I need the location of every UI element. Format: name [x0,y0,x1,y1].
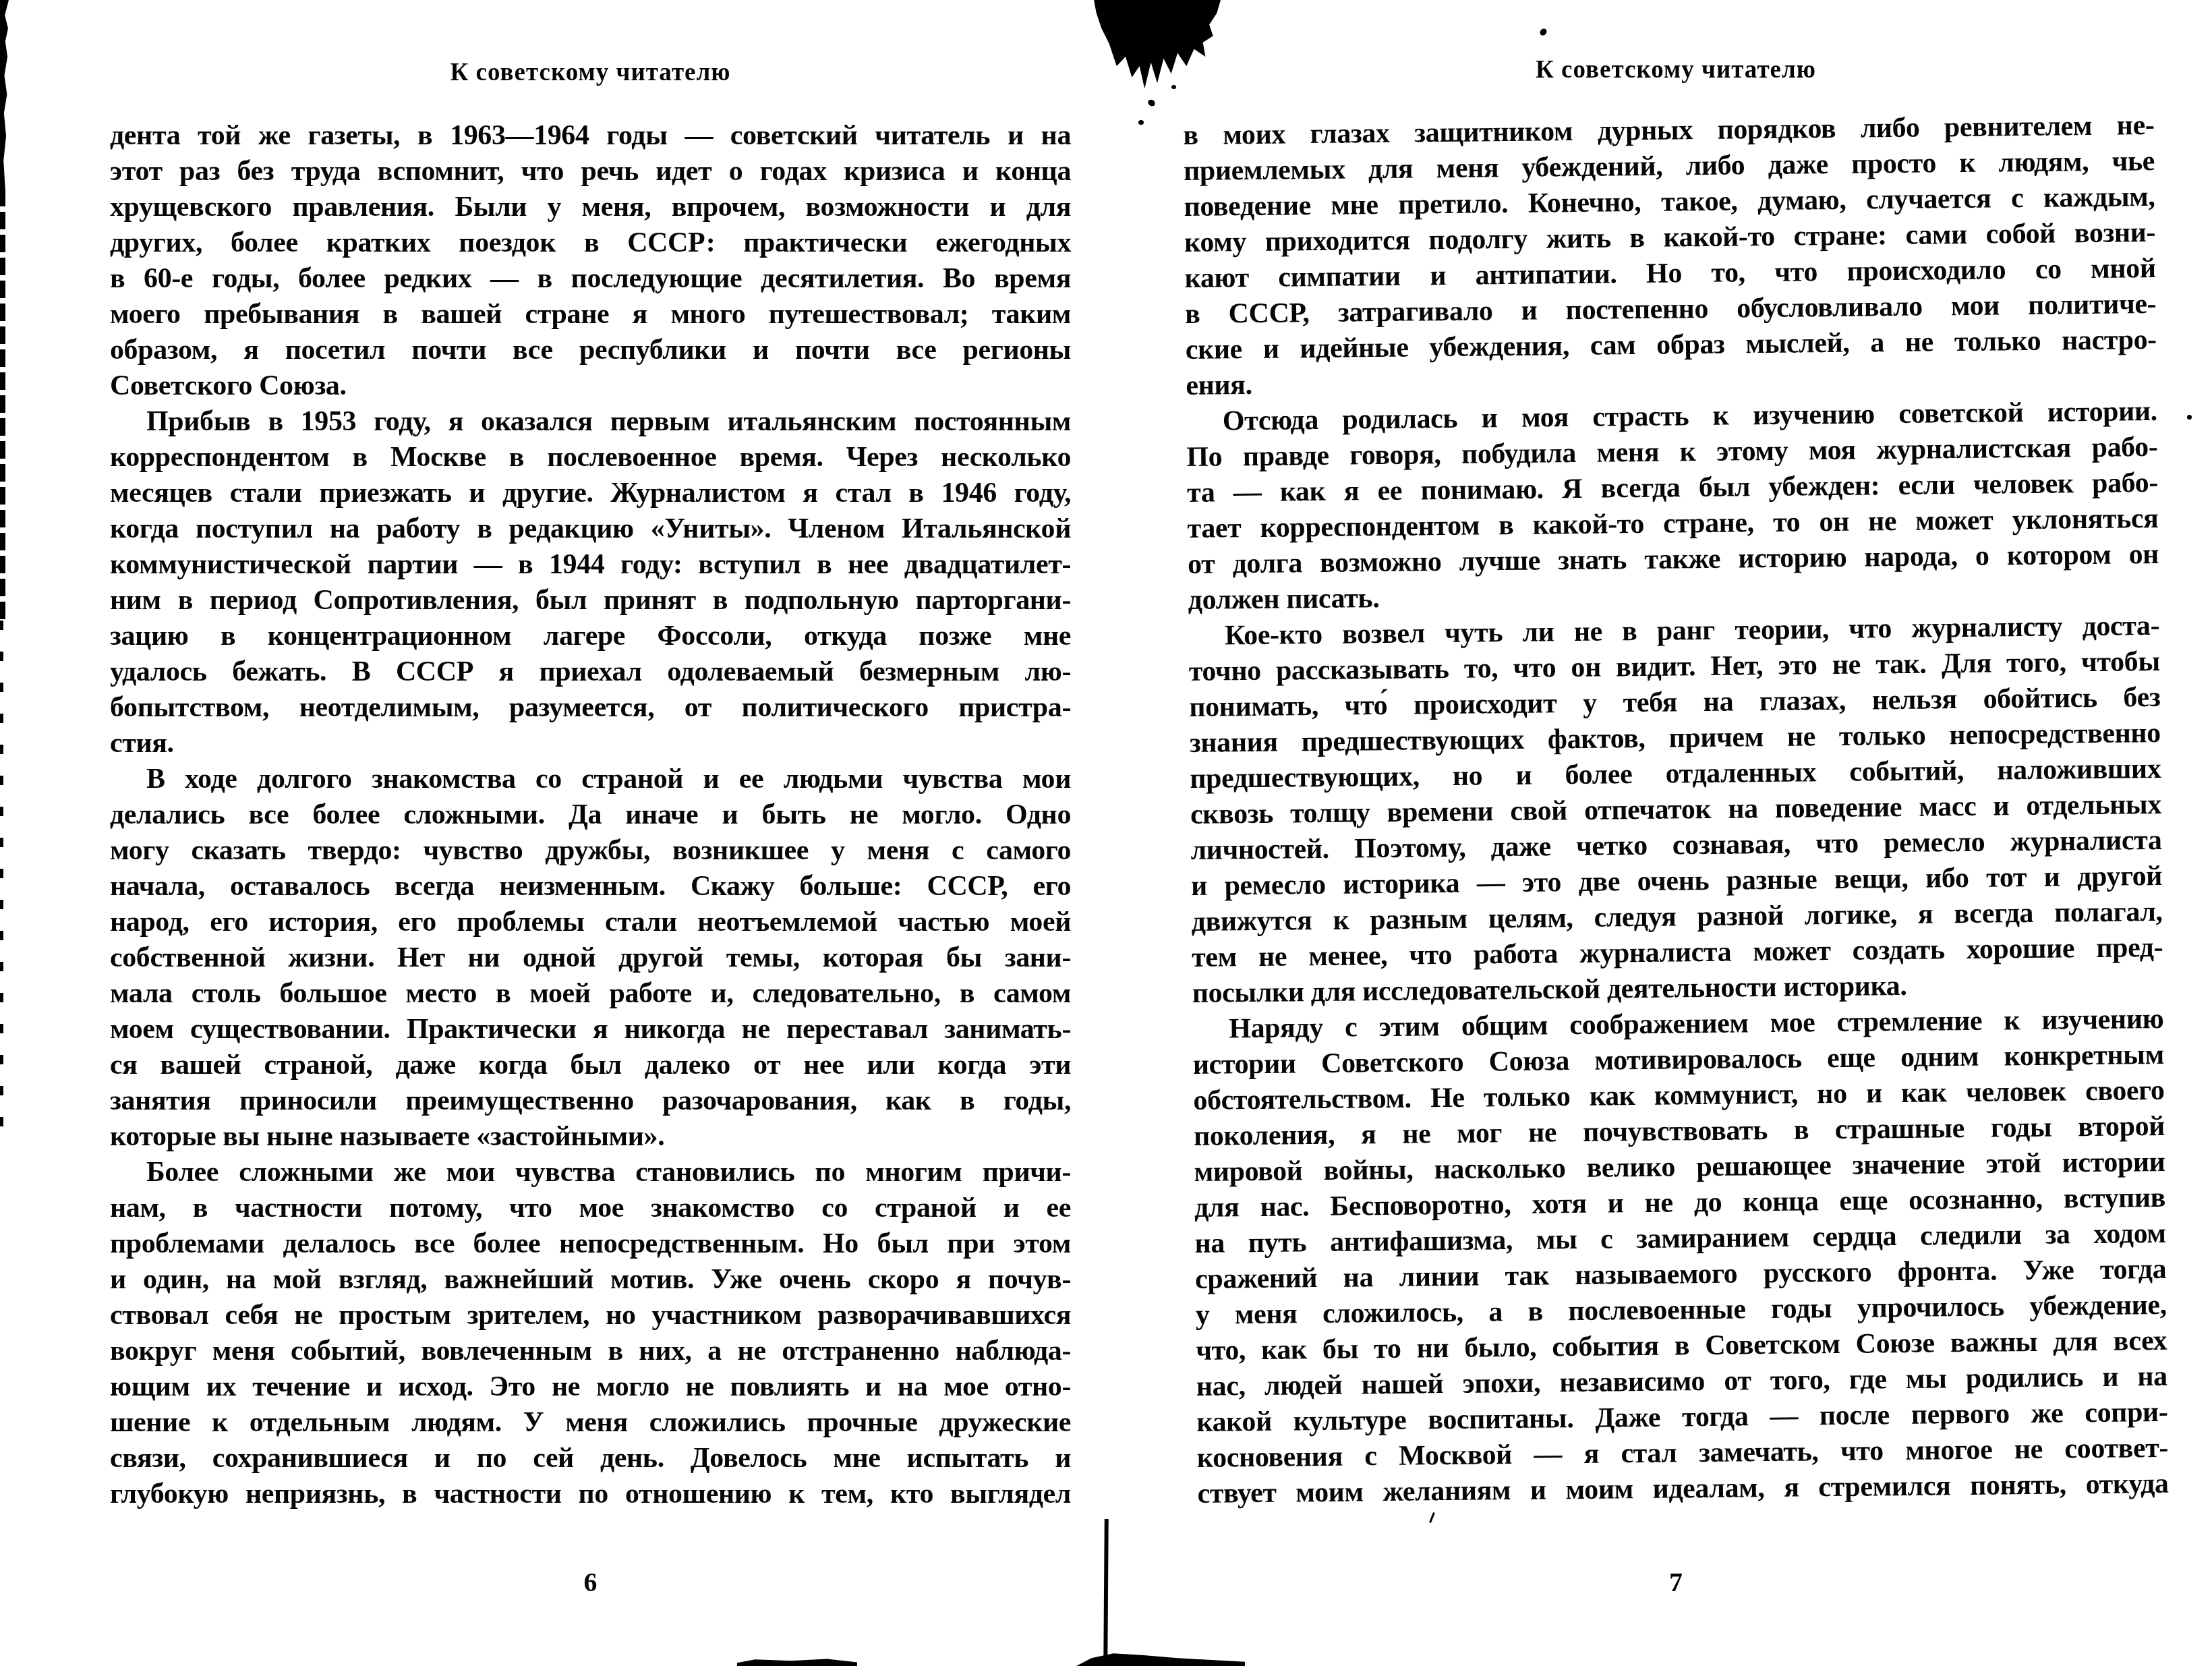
text-line: мала столь большое место в моей работе и… [110,976,1071,1012]
text-line: начала, оставалось всегда неизменным. Ск… [110,869,1071,904]
text-line: связи, сохранившиеся и по сей день. Дове… [110,1441,1071,1476]
text-line: собственной жизни. Нет ни одной другой т… [110,940,1071,976]
text-line: этот раз без труда вспомнит, что речь ид… [110,154,1071,190]
book-spread-scan: К советскому читателю дента той же газет… [0,0,2212,1666]
ink-splatter-dot [1138,120,1144,125]
text-line: шение к отдельным людям. У меня сложилис… [110,1405,1071,1441]
left-page-text: дента той же газеты, в 1963—1964 годы — … [110,118,1071,1512]
bottom-smear-artifact [737,1658,857,1666]
text-line: ся вашей страной, даже когда был далеко … [110,1047,1071,1083]
text-line: дента той же газеты, в 1963—1964 годы — … [110,118,1071,154]
text-line: коммунистической партии — в 1944 году: в… [110,547,1071,583]
text-line: корреспондентом в Москве в послевоенное … [110,440,1071,476]
text-line: ствовал себя не простым зрителем, но уча… [110,1298,1071,1333]
left-running-header: К советскому читателю [110,58,1071,92]
gutter-smear-artifact [1076,1648,1245,1666]
text-line: ним в период Сопротивления, был принят в… [110,583,1071,619]
text-line: зацию в концентрационном лагере Фоссоли,… [110,619,1071,654]
text-line: занятия приносили преимущественно разоча… [110,1083,1071,1119]
text-line: когда поступил на работу в редакцию «Уни… [110,511,1071,547]
text-line: проблемами делалось все более непосредст… [110,1226,1071,1262]
scan-edge-artifact [0,0,9,189]
ink-speck [1429,1512,1435,1523]
text-line: стия. [110,726,1071,762]
text-line: в 60-е годы, более редких — в последующи… [110,261,1071,297]
text-line: делались все более сложными. Да иначе и … [110,797,1071,833]
text-line: глубокую неприязнь, в частности по отнош… [110,1476,1071,1512]
text-line: В ходе долгого знакомства со страной и е… [110,762,1071,797]
text-line: других, более кратких поездок в СССР: пр… [110,225,1071,261]
right-page-text: в моих глазах защитником дурных порядков… [1183,108,2169,1512]
ink-speck [1539,27,1548,36]
text-line: и один, на мой взгляд, важнейший мотив. … [110,1262,1071,1298]
text-line: бопытством, неотделимым, разумеется, от … [110,690,1071,726]
right-page-number: 7 [1190,1566,2161,1600]
text-line: которые вы ныне называете «застойными». [110,1119,1071,1155]
gutter-line-artifact [1103,1519,1109,1666]
scan-edge-artifact [0,189,5,621]
text-line: Более сложными же мои чувства становилис… [110,1155,1071,1190]
text-line: могу сказать твердо: чувство дружбы, воз… [110,833,1071,869]
text-line: Прибыв в 1953 году, я оказался первым ит… [110,404,1071,440]
text-line: образом, я посетил почти все республики … [110,333,1071,368]
scan-edge-artifact [0,621,3,1147]
text-line: моем существовании. Практически я никогд… [110,1012,1071,1047]
right-running-header: К советскому читателю [1190,55,2161,89]
text-line: вокруг меня событий, вовлеченным в них, … [110,1333,1071,1369]
text-line: удалось бежать. В СССР я приехал одолева… [110,654,1071,690]
text-line: ющим их течение и исход. Это не могло не… [110,1369,1071,1405]
left-page-number: 6 [110,1566,1071,1600]
ink-speck [2187,415,2192,420]
text-line: месяцев стали приезжать и другие. Журнал… [110,476,1071,511]
text-line: моего пребывания в вашей стране я много … [110,297,1071,333]
text-line: народ, его история, его проблемы стали н… [110,904,1071,940]
text-line: Советского Союза. [110,368,1071,404]
text-line: хрущевского правления. Были у меня, впро… [110,190,1071,225]
text-line: нам, в частности потому, что мое знакомс… [110,1190,1071,1226]
ink-splatter-dot [1171,85,1176,89]
ink-splatter-dot [1146,98,1156,108]
